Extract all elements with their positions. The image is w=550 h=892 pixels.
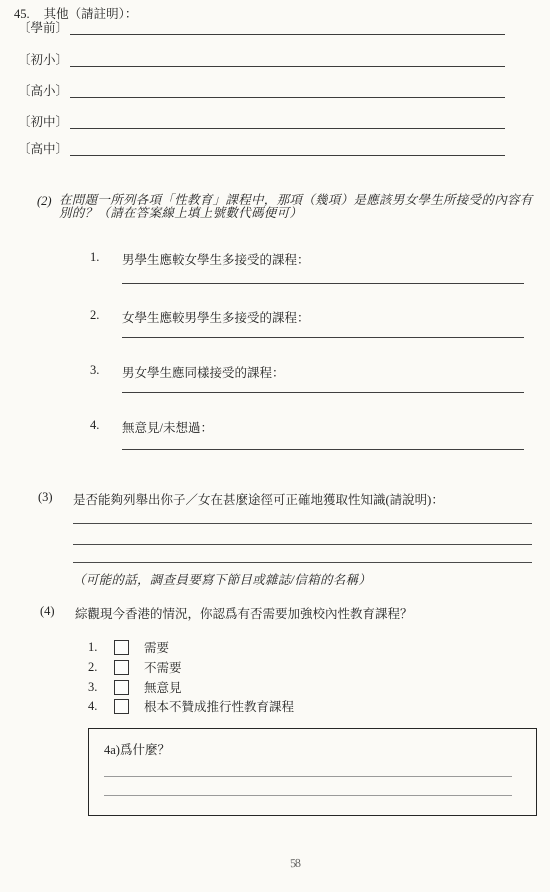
followup-4a-label: 4a)爲什麼？ — [104, 740, 170, 758]
answer-line[interactable] — [73, 544, 532, 545]
checkbox[interactable] — [114, 660, 129, 675]
answer-line[interactable] — [73, 562, 532, 563]
option-number: 4. — [88, 699, 114, 714]
blank-label: 〔學前〕 — [18, 21, 68, 36]
questionnaire-page: 45.其他（請註明）： 〔學前〕 〔初小〕 〔高小〕 〔初中〕 〔高中〕 (2)… — [0, 0, 550, 892]
option-label: 無意見 — [144, 678, 182, 696]
sub-item-label: 女學生應較男學生多接受的課程： — [122, 308, 310, 326]
question-45-text: 其他（請註明）： — [44, 7, 138, 21]
checkbox[interactable] — [114, 699, 129, 714]
blank-label: 〔高小〕 — [18, 84, 68, 99]
question-3: (3) 是否能夠列舉出你子／女在甚麼途徑可正確地獲取性知識(請說明)： — [38, 490, 444, 508]
option-label: 需要 — [144, 638, 169, 656]
sub-item-1: 1. 男學生應較女學生多接受的課程： — [90, 250, 310, 268]
answer-line[interactable] — [122, 392, 524, 393]
answer-line[interactable] — [70, 34, 505, 35]
blank-label: 〔初中〕 — [18, 115, 68, 130]
option-no-opinion[interactable]: 3. 無意見 — [88, 678, 182, 696]
question-3-number: (3) — [38, 490, 73, 508]
sub-item-3: 3. 男女學生應同樣接受的課程： — [90, 363, 285, 381]
sub-item-label: 男女學生應同樣接受的課程： — [122, 363, 285, 381]
blank-label: 〔高中〕 — [18, 142, 68, 157]
answer-line[interactable] — [122, 449, 524, 450]
option-disapprove[interactable]: 4. 根本不贊成推行性教育課程 — [88, 697, 294, 715]
answer-line[interactable] — [122, 283, 524, 284]
sub-item-label: 男學生應較女學生多接受的課程： — [122, 250, 310, 268]
question-4-text: 綜觀現今香港的情況，你認爲有否需要加強校內性教育課程？ — [75, 604, 413, 622]
question-4: (4) 綜觀現今香港的情況，你認爲有否需要加強校內性教育課程？ — [40, 604, 413, 622]
blank-row-lower-primary: 〔初小〕 — [18, 53, 505, 68]
option-no-need[interactable]: 2. 不需要 — [88, 658, 182, 676]
sub-item-number: 2. — [90, 308, 122, 326]
page-number: 58 — [290, 856, 301, 872]
question-4-number: (4) — [40, 604, 75, 622]
question-2: (2) 在問題一所列各項「性教育」課程中，那項（幾項）是應該男女學生所接受的內容… — [37, 194, 544, 220]
sub-item-number: 4. — [90, 418, 122, 436]
blank-row-senior-secondary: 〔高中〕 — [18, 142, 505, 157]
question-3-text: 是否能夠列舉出你子／女在甚麼途徑可正確地獲取性知識(請說明)： — [73, 490, 444, 508]
interviewer-note: （可能的話，調查員要寫下節目或雜誌/信箱的名稱） — [73, 570, 371, 588]
sub-item-4: 4. 無意見/未想過： — [90, 418, 213, 436]
option-label: 不需要 — [144, 658, 182, 676]
option-number: 3. — [88, 680, 114, 695]
question-45-number: 45. — [14, 7, 30, 21]
blank-row-junior-secondary: 〔初中〕 — [18, 115, 505, 130]
answer-line[interactable] — [122, 337, 524, 338]
question-2-number: (2) — [37, 194, 52, 209]
checkbox[interactable] — [114, 680, 129, 695]
sub-item-number: 1. — [90, 250, 122, 268]
sub-item-number: 3. — [90, 363, 122, 381]
followup-4a-box: 4a)爲什麼？ — [88, 728, 537, 816]
blank-row-preschool: 〔學前〕 — [18, 21, 505, 36]
checkbox[interactable] — [114, 640, 129, 655]
option-need[interactable]: 1. 需要 — [88, 638, 169, 656]
sub-item-2: 2. 女學生應較男學生多接受的課程： — [90, 308, 310, 326]
answer-line[interactable] — [70, 66, 505, 67]
answer-line[interactable] — [104, 776, 512, 777]
blank-label: 〔初小〕 — [18, 53, 68, 68]
option-number: 1. — [88, 640, 114, 655]
answer-line[interactable] — [70, 155, 505, 156]
question-45-title: 45.其他（請註明）： — [14, 4, 137, 22]
option-number: 2. — [88, 660, 114, 675]
blank-row-upper-primary: 〔高小〕 — [18, 84, 505, 99]
option-label: 根本不贊成推行性教育課程 — [144, 697, 294, 715]
answer-line[interactable] — [104, 795, 512, 796]
answer-line[interactable] — [70, 97, 505, 98]
answer-line[interactable] — [73, 523, 532, 524]
question-2-text: 在問題一所列各項「性教育」課程中，那項（幾項）是應該男女學生所接受的內容有別的？… — [59, 194, 544, 220]
sub-item-label: 無意見/未想過： — [122, 418, 213, 436]
answer-line[interactable] — [70, 128, 505, 129]
